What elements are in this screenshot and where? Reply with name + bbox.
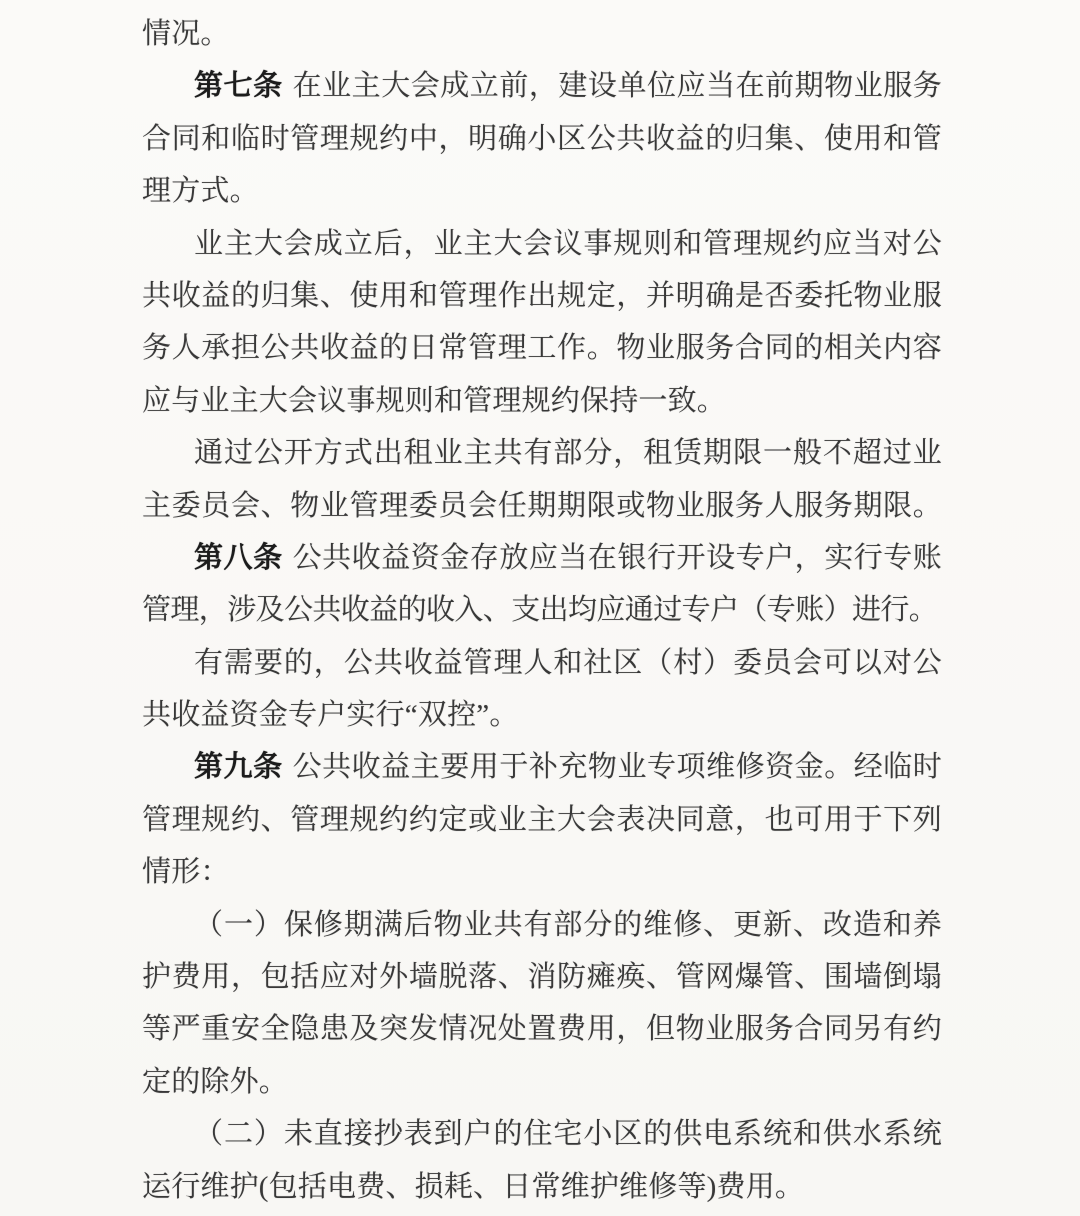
text-line: 业主大会成立后，业主大会议事规则和管理规约应当对公 (142, 218, 942, 270)
line-text: 共收益资金专户实行“双控”。 (142, 699, 519, 731)
article-8-heading-line: 第八条公共收益资金存放应当在银行开设专户，实行专账 (142, 532, 942, 584)
line-text: 共收益的归集、使用和管理作出规定，并明确是否委托物业服 (142, 280, 942, 312)
article-9-heading-line: 第九条公共收益主要用于补充物业专项维修资金。经临时 (142, 741, 942, 793)
line-text: 应与业主大会议事规则和管理规约保持一致。 (142, 385, 726, 417)
line-text: 运行维护(包括电费、损耗、日常维护维修等)费用。 (142, 1171, 804, 1203)
line-text: 情形： (142, 856, 230, 888)
line-text: 合同和临时管理规约中，明确小区公共收益的归集、使用和管 (142, 123, 942, 155)
line-text: 在业主大会成立前，建设单位应当在前期物业服务 (293, 70, 942, 102)
text-line: 管理规约、管理规约约定或业主大会表决同意，也可用于下列 (142, 794, 942, 846)
document-page: 情况。 第七条在业主大会成立前，建设单位应当在前期物业服务 合同和临时管理规约中… (142, 8, 942, 1213)
text-line: 主委员会、物业管理委员会任期期限或物业服务人服务期限。 (142, 480, 942, 532)
line-text: 务人承担公共收益的日常管理工作。物业服务合同的相关内容 (142, 332, 942, 364)
text-line: 合同和临时管理规约中，明确小区公共收益的归集、使用和管 (142, 113, 942, 165)
line-text: 护费用，包括应对外墙脱落、消防瘫痪、管网爆管、围墙倒塌 (142, 961, 942, 993)
line-text: 业主大会成立后，业主大会议事规则和管理规约应当对公 (194, 228, 942, 260)
text-line: 务人承担公共收益的日常管理工作。物业服务合同的相关内容 (142, 322, 942, 374)
line-text: 管理，涉及公共收益的收入、支出均应通过专户（专账）进行。 (142, 594, 937, 626)
line-text: （二）未直接抄表到户的住宅小区的供电系统和供水系统 (194, 1118, 942, 1150)
text-line: 等严重安全隐患及突发情况处置费用，但物业服务合同另有约 (142, 1003, 942, 1055)
text-line: 通过公开方式出租业主共有部分，租赁期限一般不超过业 (142, 427, 942, 479)
clause-1-line: （一）保修期满后物业共有部分的维修、更新、改造和养 (142, 899, 942, 951)
article-7-heading-line: 第七条在业主大会成立前，建设单位应当在前期物业服务 (142, 60, 942, 112)
text-line: 情况。 (142, 8, 942, 60)
line-text: 理方式。 (142, 175, 259, 207)
text-line: 有需要的，公共收益管理人和社区（村）委员会可以对公 (142, 637, 942, 689)
text-line: 应与业主大会议事规则和管理规约保持一致。 (142, 375, 942, 427)
line-text: 公共收益主要用于补充物业专项维修资金。经临时 (293, 751, 942, 783)
line-text: 公共收益资金存放应当在银行开设专户，实行专账 (293, 542, 942, 574)
text-line: 共收益资金专户实行“双控”。 (142, 689, 942, 741)
article-number: 第七条 (194, 70, 283, 102)
line-text: 通过公开方式出租业主共有部分，租赁期限一般不超过业 (194, 437, 942, 469)
text-line: 理方式。 (142, 165, 942, 217)
text-line: 共收益的归集、使用和管理作出规定，并明确是否委托物业服 (142, 270, 942, 322)
line-text: （一）保修期满后物业共有部分的维修、更新、改造和养 (194, 909, 942, 941)
article-number: 第八条 (194, 542, 283, 574)
line-text: 等严重安全隐患及突发情况处置费用，但物业服务合同另有约 (142, 1013, 942, 1045)
line-text: 情况。 (142, 18, 230, 50)
line-text: 管理规约、管理规约约定或业主大会表决同意，也可用于下列 (142, 804, 942, 836)
text-line: 运行维护(包括电费、损耗、日常维护维修等)费用。 (142, 1161, 942, 1213)
clause-2-line: （二）未直接抄表到户的住宅小区的供电系统和供水系统 (142, 1108, 942, 1160)
line-text: 有需要的，公共收益管理人和社区（村）委员会可以对公 (194, 647, 942, 679)
text-line: 定的除外。 (142, 1056, 942, 1108)
text-line: 情形： (142, 846, 942, 898)
text-line: 护费用，包括应对外墙脱落、消防瘫痪、管网爆管、围墙倒塌 (142, 951, 942, 1003)
line-text: 定的除外。 (142, 1066, 288, 1098)
article-number: 第九条 (194, 751, 283, 783)
text-line: 管理，涉及公共收益的收入、支出均应通过专户（专账）进行。 (142, 584, 942, 636)
line-text: 主委员会、物业管理委员会任期期限或物业服务人服务期限。 (142, 490, 942, 522)
